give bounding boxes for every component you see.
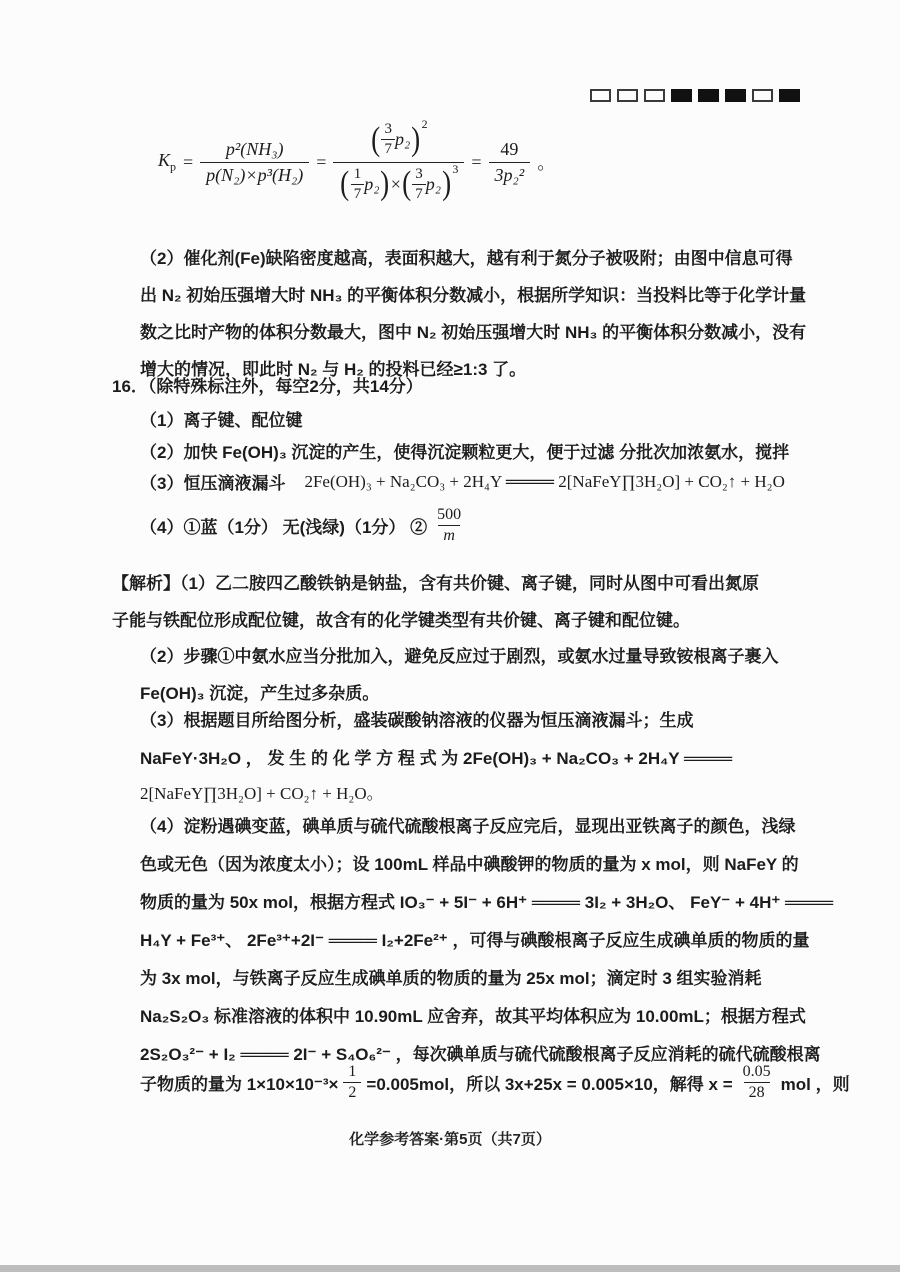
equals-sign: = — [183, 152, 193, 173]
scan-edge-shadow — [0, 1265, 900, 1272]
registration-marks — [590, 89, 800, 102]
inner-denominator: 7 — [381, 139, 395, 159]
fraction-denominator: m — [438, 525, 460, 546]
fraction-denominator: ( 1 7 p₂ ) × ( 3 7 p₂ ) — [333, 162, 464, 207]
analysis-paragraph-2: （2）步骤①中氨水应当分批加入，避免反应过于剧烈，或氨水过量导致铵根离子裹入Fe… — [140, 638, 778, 712]
answer-sheet-page: Kp = p²(NH₃) p(N₂)×p³(H₂) = ( 3 7 p₂ ) 2 — [0, 0, 900, 1272]
answer-16-3: （3）恒压滴液漏斗 2Fe(OH)₃ + Na₂CO₃ + 2H₄Y ════ … — [140, 469, 785, 494]
close-paren: ) — [381, 168, 390, 200]
registration-mark-filled — [671, 89, 692, 102]
close-paren: ) — [442, 168, 451, 200]
fraction-denominator: p(N₂)×p³(H₂) — [200, 162, 309, 188]
exponent: 3 — [452, 163, 458, 177]
analysis-line: 【解析】（1）乙二胺四乙酸铁钠是钠盐，含有共价键、离子键，同时从图中可看出氮原 — [112, 565, 759, 602]
analysis-line: Na₂S₂O₃ 标准溶液的体积中 10.90mL 应舍弃，故其平均体积应为 10… — [140, 998, 833, 1036]
registration-mark-outline — [617, 89, 638, 102]
inner-denominator: 7 — [351, 184, 365, 204]
analysis-line: H₄Y + Fe³⁺、 2Fe³⁺+2I⁻ ════ I₂+2Fe²⁺ ，可得与… — [140, 922, 833, 960]
answer-16-2: （2）加快 Fe(OH)₃ 沉淀的产生，使得沉淀颗粒更大，便于过滤 分批次加浓氨… — [140, 438, 789, 463]
paren-term: ( 3 7 p₂ ) 3 — [401, 165, 458, 205]
fraction-numerator: p²(NH₃) — [220, 137, 290, 162]
inner-denominator: 7 — [412, 184, 426, 204]
inner-fraction: 1 7 — [351, 165, 365, 205]
registration-mark-filled — [725, 89, 746, 102]
500-over-m-fraction: 500 m — [432, 505, 466, 547]
period-mark: 。 — [537, 149, 555, 175]
x-value-fraction: 0.05 28 — [738, 1062, 776, 1104]
paren-term: ( 1 7 p₂ ) — [339, 165, 390, 205]
analysis-line: NaFeY·3H₂O ， 发 生 的 化 学 方 程 式 为 2Fe(OH)₃ … — [140, 740, 732, 778]
analysis-text: 子物质的量为 1×10×10⁻³× — [140, 1070, 338, 1095]
answer-16-3-label: （3）恒压滴液漏斗 — [140, 469, 285, 494]
fraction-denominator: 28 — [744, 1082, 770, 1103]
analysis-line: （2）步骤①中氨水应当分批加入，避免反应过于剧烈，或氨水过量导致铵根离子裹入 — [140, 638, 778, 675]
fraction-numerator: 500 — [432, 505, 466, 525]
fraction-numerator: ( 3 7 p₂ ) 2 — [364, 118, 433, 162]
paren-term: ( 3 7 p₂ ) 2 — [370, 120, 427, 160]
analysis-text: mol ，则 — [781, 1070, 850, 1095]
substituted-fraction: ( 3 7 p₂ ) 2 ( 1 7 p₂ — [333, 118, 464, 206]
times-sign: × — [391, 174, 401, 195]
analysis-line: （4）淀粉遇碘变蓝，碘单质与硫代硫酸根离子反应完后，显现出亚铁离子的颜色，浅绿 — [140, 808, 833, 846]
chemical-equation: 2Fe(OH)₃ + Na₂CO₃ + 2H₄Y ════ 2[NaFeY∏3H… — [304, 472, 784, 492]
registration-mark-outline — [644, 89, 665, 102]
open-paren: ( — [341, 168, 350, 200]
kp-formula: Kp = p²(NH₃) p(N₂)×p³(H₂) = ( 3 7 p₂ ) 2 — [158, 118, 555, 206]
registration-mark-filled — [698, 89, 719, 102]
equals-sign: = — [316, 152, 326, 173]
analysis-line: 为 3x mol，与铁离子反应生成碘单质的物质的量为 25x mol；滴定时 3… — [140, 960, 833, 998]
pressure-ratio-fraction: p²(NH₃) p(N₂)×p³(H₂) — [200, 137, 309, 187]
registration-mark-filled — [779, 89, 800, 102]
analysis-line: 色或无色（因为浓度太小）；设 100mL 样品中碘酸钾的物质的量为 x mol，… — [140, 846, 833, 884]
fraction-numerator: 0.05 — [738, 1062, 776, 1082]
analysis-line: 子能与铁配位形成配位键，故含有的化学键类型有共价键、离子键和配位键。 — [112, 602, 759, 639]
exponent: 2 — [422, 118, 428, 132]
variable: p₂ — [395, 129, 410, 150]
analysis-line: （3）根据题目所给图分析，盛装碳酸钠溶液的仪器为恒压滴液漏斗；生成 — [140, 702, 732, 740]
result-fraction: 49 3p₂² — [489, 137, 531, 187]
analysis-paragraph-4: （4）淀粉遇碘变蓝，碘单质与硫代硫酸根离子反应完后，显现出亚铁离子的颜色，浅绿色… — [140, 808, 833, 1074]
open-paren: ( — [371, 124, 380, 156]
analysis-paragraph-1: 【解析】（1）乙二胺四乙酸铁钠是钠盐，含有共价键、离子键，同时从图中可看出氮原子… — [112, 565, 759, 639]
inner-numerator: 3 — [381, 120, 395, 139]
registration-mark-outline — [590, 89, 611, 102]
variable: p₂ — [364, 174, 379, 195]
answer-paragraph-2: （2）催化剂(Fe)缺陷密度越高，表面积越大，越有利于氮分子被吸附；由图中信息可… — [140, 240, 806, 388]
inner-numerator: 3 — [412, 165, 426, 184]
fraction-denominator: 2 — [343, 1082, 361, 1103]
variable: p₂ — [426, 174, 441, 195]
analysis-text: =0.005mol，所以 3x+25x = 0.005×10，解得 x = — [366, 1070, 732, 1095]
analysis-paragraph-3: （3）根据题目所给图分析，盛装碳酸钠溶液的仪器为恒压滴液漏斗；生成NaFeY·3… — [140, 702, 732, 778]
answer-16-4: （4）①蓝（1分） 无(浅绿)（1分） ② 500 m — [140, 505, 466, 547]
analysis-paragraph-4-last-line: 子物质的量为 1×10×10⁻³× 1 2 =0.005mol，所以 3x+25… — [140, 1062, 850, 1104]
analysis-line: 物质的量为 50x mol，根据方程式 IO₃⁻ + 5I⁻ + 6H⁺ ═══… — [140, 884, 833, 922]
answer-16-1: （1）离子键、配位键 — [140, 406, 302, 431]
kp-symbol: Kp — [158, 150, 176, 175]
kp-subscript: p — [170, 159, 176, 173]
inner-fraction: 3 7 — [381, 120, 395, 160]
inner-fraction: 3 7 — [412, 165, 426, 205]
registration-mark-outline — [752, 89, 773, 102]
close-paren: ) — [411, 124, 420, 156]
answer-16-4-text: （4）①蓝（1分） 无(浅绿)（1分） ② — [140, 513, 427, 538]
one-half-fraction: 1 2 — [343, 1062, 361, 1104]
answer-line: （2）催化剂(Fe)缺陷密度越高，表面积越大，越有利于氮分子被吸附；由图中信息可… — [140, 240, 806, 277]
equals-sign: = — [471, 152, 481, 173]
fraction-numerator: 1 — [343, 1062, 361, 1082]
page-footer: 化学参考答案·第5页（共7页） — [0, 1128, 900, 1149]
question-16-heading: 16．（除特殊标注外，每空2分，共14分） — [112, 372, 423, 397]
inner-numerator: 1 — [351, 165, 365, 184]
open-paren: ( — [402, 168, 411, 200]
analysis-paragraph-3-equation: 2[NaFeY∏3H₂O] + CO₂↑ + H₂O。 — [140, 779, 384, 804]
fraction-numerator: 49 — [494, 137, 524, 162]
fraction-denominator: 3p₂² — [489, 162, 531, 188]
answer-line: 出 N₂ 初始压强增大时 NH₃ 的平衡体积分数减小，根据所学知识：当投料比等于… — [140, 277, 806, 314]
answer-line: 数之比时产物的体积分数最大，图中 N₂ 初始压强增大时 NH₃ 的平衡体积分数减… — [140, 314, 806, 351]
